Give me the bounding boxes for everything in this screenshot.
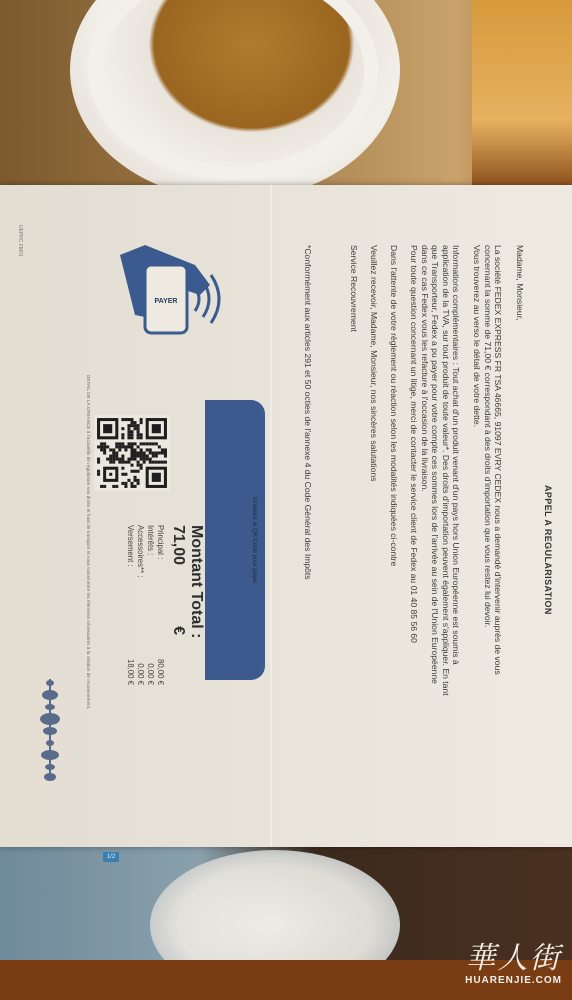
pay-phone-hand-icon: PAYER (105, 220, 225, 350)
paragraph-info: Informations complémentaires : Tout acha… (409, 245, 461, 805)
document-title: APPEL A REGULARISATION (543, 485, 553, 615)
breakdown-row: Intérêts :0,00 € (145, 525, 155, 685)
closing: Veuillez recevoir, Madame, Monsieur, nos… (369, 245, 379, 805)
breakdown-row: Principal :80,00 € (155, 525, 165, 685)
rotated-document: APPEL A REGULARISATION Madame, Monsieur,… (5, 205, 565, 845)
breakdown-row: Accessoires** :0,00 € (135, 525, 145, 685)
site-watermark: 華人街 HUARENJIE.COM (465, 943, 562, 986)
svg-text:PAYER: PAYER (155, 298, 178, 305)
total-label: Montant Total : (187, 525, 205, 685)
total-amount: 71,00 € (169, 525, 187, 635)
paragraph-awaiting: Dans l'attente de votre règlement ou réa… (389, 245, 399, 805)
footer-code: UEPRC FM01 (15, 225, 25, 257)
watermark-latin: HUARENJIE.COM (465, 975, 562, 986)
background-orange-object (472, 0, 572, 200)
footnote: *Conformément aux articles 291 et 50 oct… (303, 245, 313, 805)
page-badge: 1/2 (103, 852, 119, 862)
total-value: 71,00 (169, 525, 187, 565)
payment-qr-code[interactable] (94, 415, 170, 491)
breakdown-row: Versement :18,00 € (125, 525, 135, 685)
paragraph-request: La société FEDEX EXPRESS FR TSA 46665, 9… (472, 245, 503, 805)
amount-breakdown: Principal :80,00 € Intérêts :0,00 € Acce… (125, 525, 165, 685)
banner-text: Scannez le QR Code pour payer (251, 497, 257, 584)
postal-barcode (35, 675, 65, 785)
currency-symbol: € (169, 626, 187, 635)
signature: Service Recouvrement (349, 245, 359, 805)
amount-summary: Montant Total : 71,00 € Principal :80,00… (125, 525, 205, 685)
payment-banner: Scannez le QR Code pour payer (205, 400, 265, 680)
watermark-chinese: 華人街 (465, 943, 562, 975)
salutation: Madame, Monsieur, (515, 245, 525, 805)
legal-note: DETAIL DE LA CREANCE à l'accueillir de r… (83, 375, 93, 795)
